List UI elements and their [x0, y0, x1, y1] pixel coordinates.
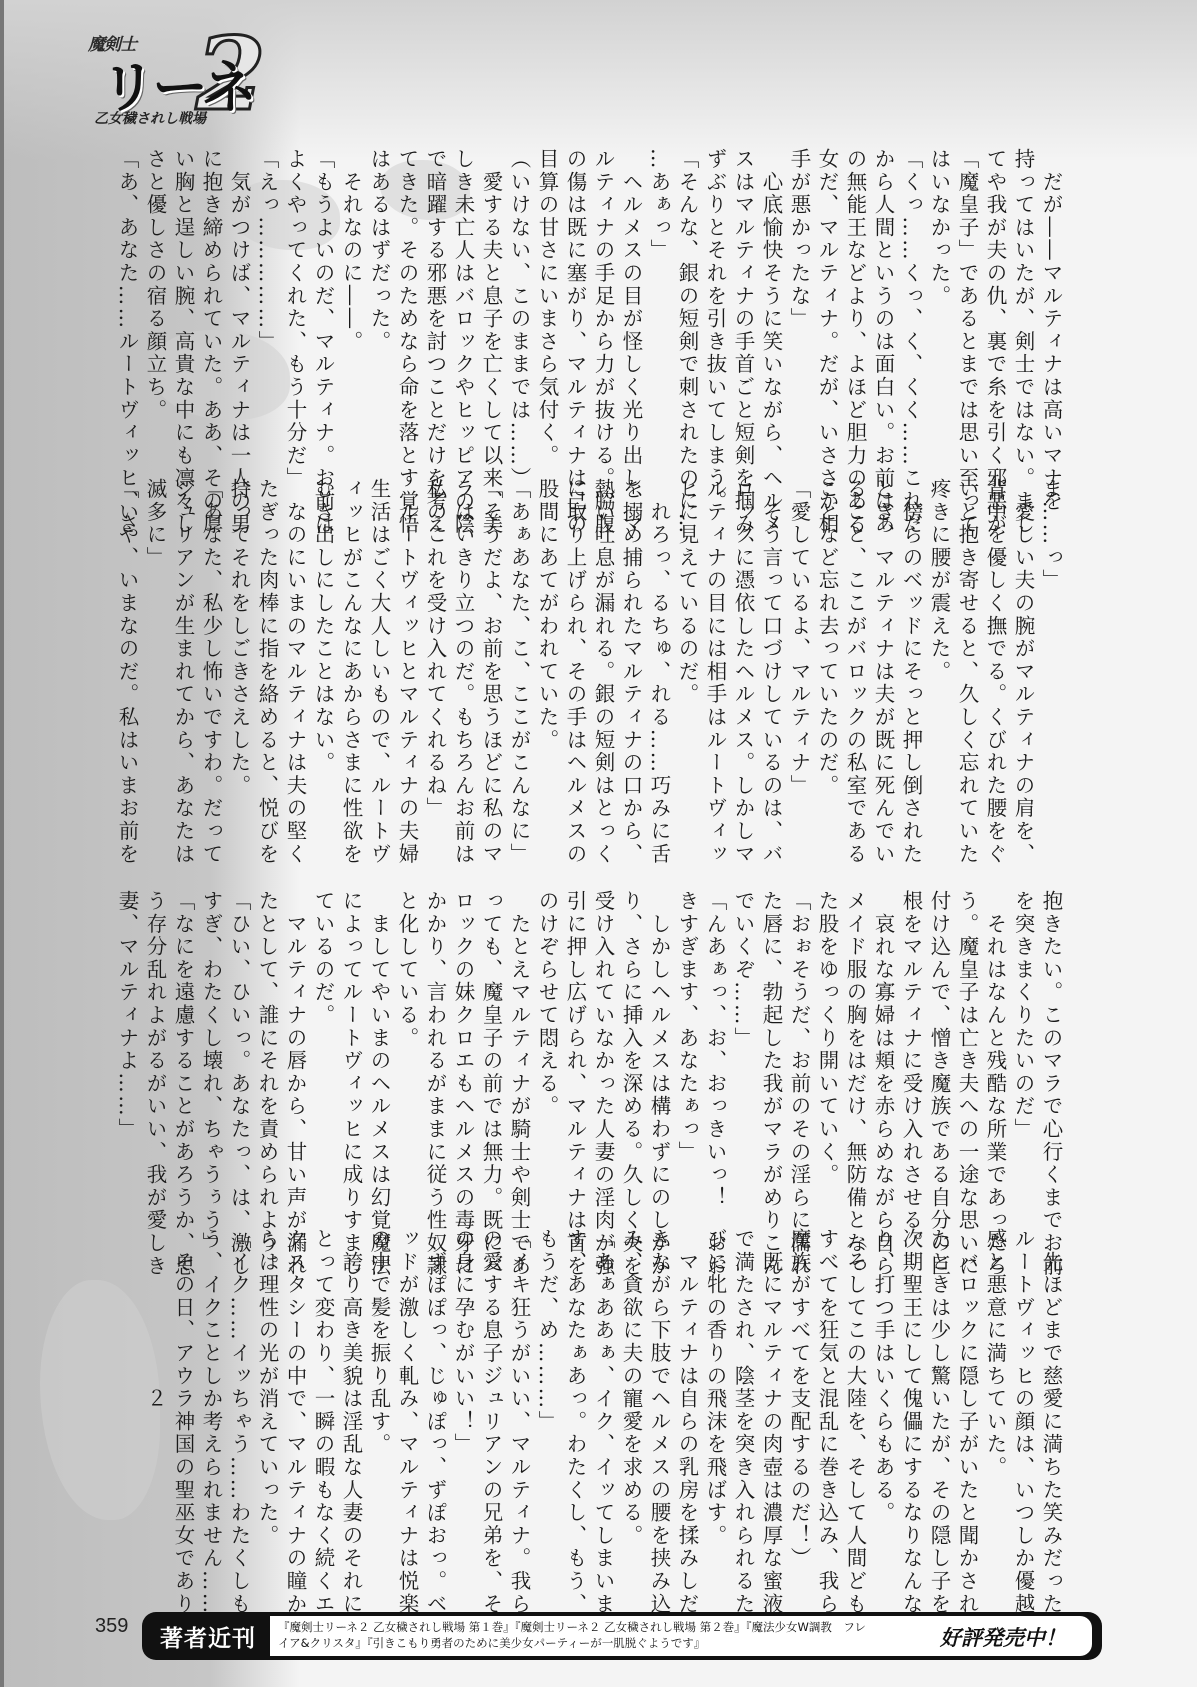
- text-line: と化している。: [393, 890, 421, 1190]
- text-line: 次期聖王にして傀儡にするなりなんな: [897, 1228, 925, 1568]
- text-line: ること、ここがバロックの私室である: [841, 478, 869, 788]
- text-block-2: ま……っ」 愛しい夫の腕がマルティナの肩を、背中を優しく撫でる。くびれた腰をぐい…: [113, 478, 1065, 788]
- text-line: み、貪欲に夫の寵愛を求める。: [617, 1228, 645, 1568]
- text-line: 滅多に」: [141, 478, 169, 788]
- text-line: すべてを狂気と混乱に巻き込み、我ら: [813, 1228, 841, 1568]
- logo-subtitle: 乙女穢されし戦場: [94, 108, 206, 128]
- text-line: 付け込んで、憎き魔族である自分の巨: [925, 890, 953, 1190]
- text-line: ッドが激しく軋み、マルティナは悦楽: [393, 1228, 421, 1568]
- text-line: ィッヒがこんなにあからさまに性欲を: [337, 478, 365, 788]
- text-line: に抱き締められていた。ああ、その厚: [197, 148, 225, 468]
- text-line: びに牝の香りの飛沫を飛ばす。: [701, 1228, 729, 1568]
- series-logo: 2 魔剣士 リーネ 乙女穢されし戦場: [88, 22, 288, 132]
- text-line: …あぁっ」: [645, 148, 673, 468]
- text-line: う。魔皇子は亡き夫への一途な思いに: [953, 890, 981, 1190]
- text-line: ことなど忘れ去っていたのだ。: [813, 478, 841, 788]
- text-line: ましてやいまのヘルメスは幻覚魔法: [365, 890, 393, 1190]
- text-line: 「あぁあなた、こ、ここがこんなに」: [505, 478, 533, 788]
- text-line: 女だ、マルティナ。だが、いささか相: [813, 148, 841, 468]
- text-line: 熱い吐息が漏れる。銀の短剣はとっく: [589, 478, 617, 788]
- text-line: かかり、言われるがままに従う性奴隷: [421, 890, 449, 1190]
- text-line: 誇り高き美貌は淫乱な人妻のそれに: [337, 1228, 365, 1568]
- text-line: なのにいまのマルティナは夫の堅く: [281, 478, 309, 788]
- text-line: でいくぞ……」: [729, 890, 757, 1190]
- text-line: う存分乱れよがるがいい、我が愛しき: [141, 890, 169, 1190]
- text-line: 妻、マルティナよ……」: [113, 890, 141, 1190]
- text-line: り、さらに挿入を深める。久しく夫を: [617, 890, 645, 1190]
- text-line: 心底愉快そうに笑いながら、ヘルメ: [757, 148, 785, 468]
- text-line: ロックに憑依したヘルメス。しかしマ: [729, 478, 757, 788]
- text-line: 引に押し広げられ、マルティナは首を: [561, 890, 589, 1190]
- text-line: 「あぁああぁ、イク、イッてしまいま: [589, 1228, 617, 1568]
- text-line: 「もうよいのだ、マルティナ。お前は: [309, 148, 337, 468]
- text-line: 「ひい、ひいっ。あなたっ、は、激し: [225, 890, 253, 1190]
- text-line: はあるはずだった。: [365, 148, 393, 468]
- text-line: ジュリアンが生まれてから、あなたは: [169, 478, 197, 788]
- text-line: の無能王などより、よほど胆力のある: [841, 148, 869, 468]
- text-line: の身に孕むがいい！」: [449, 1228, 477, 1568]
- text-line: を突きまくりたいのだ」: [1009, 890, 1037, 1190]
- text-line: の傷は既に塞がり、マルティナは己の: [561, 148, 589, 468]
- banner-label: 著者近刊: [160, 1620, 256, 1653]
- text-line: すぎ、わたくし壊れ、ちゃうぅう」: [197, 890, 225, 1190]
- text-line: しき未亡人はバロックやヒッピアの陰: [449, 148, 477, 468]
- text-line: きながら下肢でヘルメスの腰を挟み込: [645, 1228, 673, 1568]
- text-line: ヘルメスの目が怪しく光り出し、マ: [617, 148, 645, 468]
- text-line: そう言って口づけしているのは、バ: [757, 478, 785, 788]
- recent-works-banner: 著者近刊 『魔剣士リーネ２ 乙女穢されし戦場 第１巻』『魔剣士リーネ２ 乙女穢さ…: [142, 1612, 1102, 1660]
- text-line: によってルートヴィッヒに成りすまし: [337, 890, 365, 1190]
- text-line: 受け入れていなかった人妻の淫肉が強: [589, 890, 617, 1190]
- text-line: ロックの妹クロエもヘルメスの毒牙に: [449, 890, 477, 1190]
- text-line: ずぽぽっ、じゅぽっ、ずぽおっ。ベ: [421, 1228, 449, 1568]
- text-line: ２: [141, 1228, 169, 1568]
- text-line: バロックに隠し子がいたと聞かされ: [953, 1228, 981, 1568]
- text-line: 感と悪意に満ちていた。: [981, 1228, 1009, 1568]
- text-line: 先ほどまで慈愛に満ちた笑みだった: [1037, 1228, 1065, 1568]
- text-line: 「魔皇子」であるとまでは思い至って: [953, 148, 981, 468]
- text-line: 魔族がすべてを支配するのだ！）: [785, 1228, 813, 1568]
- recent-works-list: 『魔剣士リーネ２ 乙女穢されし戦場 第１巻』『魔剣士リーネ２ 乙女穢されし戦場 …: [278, 1619, 868, 1651]
- text-line: ルティナの手足から力が抜ける。脇腹: [589, 148, 617, 468]
- text-line: その日、アウラ神国の聖巫女であり: [169, 1228, 197, 1568]
- text-line: 疼きに腰が震えた。: [925, 478, 953, 788]
- text-line: 「そうだよ、お前を思うほどに私のマ: [477, 478, 505, 788]
- text-line: はいなかった。: [925, 148, 953, 468]
- text-line: マルティナの唇から、甘い声が漏れ: [281, 890, 309, 1190]
- text-line: 「えっ……………」: [253, 148, 281, 468]
- text-line: 傍らのベッドにそっと押し倒された: [897, 478, 925, 788]
- text-line: 目算の甘さにいまさら気付く。: [533, 148, 561, 468]
- text-line: 気がつけば、マルティナは一人の男: [225, 148, 253, 468]
- text-line: ルートヴィッヒとマルティナの夫婦: [393, 478, 421, 788]
- text-line: 「あなた、私少し怖いですわ。だって: [197, 478, 225, 788]
- text-block-4: 先ほどまで慈愛に満ちた笑みだったルートヴィッヒの顔は、いつしか優越感と悪意に満ち…: [141, 1228, 1065, 1568]
- text-line: 「そんな、銀の短剣で刺されたのに…: [673, 148, 701, 468]
- text-line: もうだ、め………」: [533, 1228, 561, 1568]
- text-block-1: だが――マルティナは高いマナを持ってはいたが、剣士ではない。ましてや我が夫の仇、…: [113, 148, 1065, 468]
- text-line: ルティナの目には相手はルートヴィッ: [701, 478, 729, 788]
- text-line: （そしてこの大陸を、そして人間ども: [841, 1228, 869, 1568]
- text-line: 持ってはいたが、剣士ではない。まし: [1009, 148, 1037, 468]
- text-line: たぎった肉棒に指を絡めると、悦びを: [253, 478, 281, 788]
- text-block-3: 抱きたい。このマラで心行くまでお前を突きまくりたいのだ」 それはなんと残酷な所業…: [113, 890, 1065, 1190]
- text-line: 私のこれを受け入れてくれるね」: [421, 478, 449, 788]
- text-line: た股をゆっくり開いていく。: [813, 890, 841, 1190]
- text-line: 「なにを遠慮することがあろうか、思: [169, 890, 197, 1190]
- text-line: た唇に、勃起した我がマラがめりこん: [757, 890, 785, 1190]
- text-line: メイド服の胸をはだけ、無防備となっ: [841, 890, 869, 1190]
- text-line: 「イキ狂うがいい、マルティナ。我ら: [505, 1228, 533, 1568]
- text-line: てきた。そのためなら命を落とす覚悟: [393, 148, 421, 468]
- text-line: 「くっ……くっ、く、くく……これだ: [897, 148, 925, 468]
- text-line: だが――マルティナは高いマナを: [1037, 148, 1065, 468]
- text-line: 愛しい夫の腕がマルティナの肩を、: [1009, 478, 1037, 788]
- page-edge: [0, 0, 4, 1687]
- text-line: を搦め捕られたマルティナの口から、: [617, 478, 645, 788]
- text-line: に取り上げられ、その手はヘルメスの: [561, 478, 589, 788]
- text-line: 愛する夫と息子を亡くして以来、美: [477, 148, 505, 468]
- page-number: 359: [95, 1615, 128, 1638]
- text-line: きすぎます、あなたぁっ」: [673, 890, 701, 1190]
- text-line: マルティナは自らの乳房を揉みしだ: [673, 1228, 701, 1568]
- text-line: （いけない、このままでは……）: [505, 148, 533, 468]
- text-line: ずぶりとそれを引き抜いてしまう。: [701, 148, 729, 468]
- text-line: で満たされ、陰茎を突き入れられるた: [729, 1228, 757, 1568]
- text-line: それなのに――。: [337, 148, 365, 468]
- text-line: ヒに見えているのだ。: [673, 478, 701, 788]
- text-line: り、打つ手はいくらもある。: [869, 1228, 897, 1568]
- text-line: う、イクことしか考えられません……」: [197, 1228, 225, 1568]
- text-line: さと優しさの宿る顔立ち。: [141, 148, 169, 468]
- text-line: 背中を優しく撫でる。くびれた腰をぐ: [981, 478, 1009, 788]
- text-line: 「いや、いまなのだ。私はいまお前を: [113, 478, 141, 788]
- text-line: てや我が夫の仇、裏で糸を引く邪悪が: [981, 148, 1009, 468]
- text-line: す、あなたぁあっ。わたくし、もう、: [561, 1228, 589, 1568]
- text-line: ルートヴィッヒの顔は、いつしか優越: [1009, 1228, 1037, 1568]
- text-line: ラはいきり立つのだ。もちろんお前は: [449, 478, 477, 788]
- text-line: それはなんと残酷な所業であったろ: [981, 890, 1009, 1190]
- text-line: 「んあぁっ、お、おっきいっ！ おお: [701, 890, 729, 1190]
- banner-box: 『魔剣士リーネ２ 乙女穢されし戦場 第１巻』『魔剣士リーネ２ 乙女穢されし戦場 …: [270, 1616, 1092, 1656]
- text-line: スはマルティナの手首ごと短剣を掴み、: [729, 148, 757, 468]
- text-line: 「おぉそうだ、お前のその淫らに濡れ: [785, 890, 813, 1190]
- text-line: とき、マルティナは夫が既に死んでい: [869, 478, 897, 788]
- text-line: の中で髪を振り乱す。: [365, 1228, 393, 1568]
- text-line: らは理性の光が消えていった。: [253, 1228, 281, 1568]
- text-line: 持ってそれをしごきさえした。: [225, 478, 253, 788]
- text-line: の愛する息子ジュリアンの兄弟を、そ: [477, 1228, 505, 1568]
- text-line: 「愛しているよ、マルティナ」: [785, 478, 813, 788]
- text-line: たときは少し驚いたが、その隠し子を: [925, 1228, 953, 1568]
- text-line: よくやってくれた、もう十分だ」: [281, 148, 309, 468]
- text-line: のけぞらせて悶える。: [533, 890, 561, 1190]
- on-sale-callout: 好評発売中！: [940, 1622, 1066, 1652]
- text-line: っても、魔皇子の前では無力。既にバ: [477, 890, 505, 1190]
- text-line: 股間にあてがわれていた。: [533, 478, 561, 788]
- text-line: 「イク……イッちゃう……わたくしも: [225, 1228, 253, 1568]
- text-line: れろっ、るちゅ、れる……巧みに舌: [645, 478, 673, 788]
- text-line: 「あ、あなた……ルートヴィッヒ、さ: [113, 148, 141, 468]
- text-line: い胸と逞しい腕、高貴な中にも凛々し: [169, 148, 197, 468]
- text-line: ま……っ」: [1037, 478, 1065, 788]
- text-line: 生活はごく大人しいもので、ルートヴ: [365, 478, 393, 788]
- text-line: 哀れな寡婦は頬を赤らめながら自ら: [869, 890, 897, 1190]
- text-line: しかしヘルメスは構わずにのしかか: [645, 890, 673, 1190]
- text-line: たとして、誰にそれを責められよう。: [253, 890, 281, 1190]
- text-line: たとえマルティナが騎士や剣士であ: [505, 890, 533, 1190]
- text-line: むき出しにしたことはない。: [309, 478, 337, 788]
- text-line: で暗躍する邪悪を討つことだけを考え: [421, 148, 449, 468]
- text-line: とって変わり、一瞬の暇もなく続くエ: [309, 1228, 337, 1568]
- text-line: から人間というのは面白い。お前はあ: [869, 148, 897, 468]
- text-line: いと抱き寄せると、久しく忘れていた: [953, 478, 981, 788]
- text-line: 既にマルティナの肉壺は濃厚な蜜液: [757, 1228, 785, 1568]
- text-line: 手が悪かったな」: [785, 148, 813, 468]
- text-line: クスタシーの中で、マルティナの瞳か: [281, 1228, 309, 1568]
- text-line: ているのだ。: [309, 890, 337, 1190]
- text-line: 根をマルティナに受け入れさせる。: [897, 890, 925, 1190]
- text-line: 抱きたい。このマラで心行くまでお前: [1037, 890, 1065, 1190]
